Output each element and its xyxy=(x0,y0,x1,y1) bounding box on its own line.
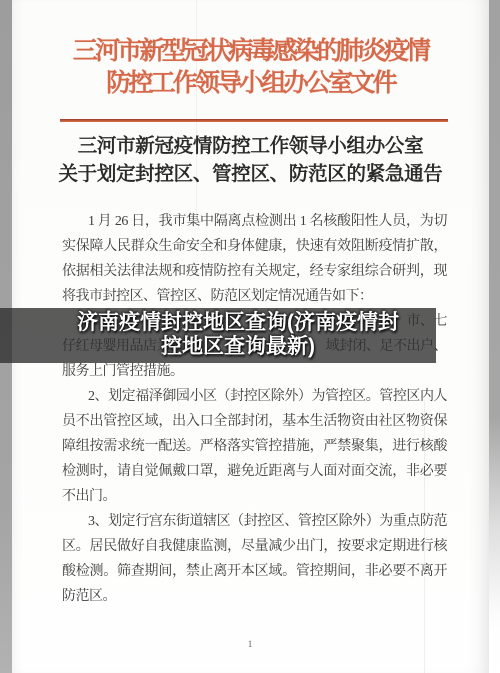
body-line: 区。居民做好自我健康监测，尽量减少出门，按要求定期进行核 xyxy=(62,534,447,559)
document-photo: 三河市新型冠状病毒感染的肺炎疫情 防控工作领导小组办公室文件 三河市新冠疫情防控… xyxy=(0,0,500,673)
photo-right-margin xyxy=(489,0,500,673)
body-line: 实保障人民群众生命安全和身体健康，快速有效阻断疫情扩散， xyxy=(62,234,447,259)
body-line: 依据相关法律法规和疫情防控有关规定，经专家组综合研判，现 xyxy=(62,259,447,284)
body-line: 不出门。 xyxy=(62,484,447,509)
letterhead-line-2: 防控工作领导小组办公室文件 xyxy=(12,68,489,100)
body-line: 酸检测。筛查期间，禁止离开本区域。管控期间，非必要不离开 xyxy=(62,559,447,584)
body-line: 3、划定行宫东街道辖区（封控区、管控区除外）为重点防范 xyxy=(62,509,447,534)
letterhead-title: 三河市新型冠状病毒感染的肺炎疫情 防控工作领导小组办公室文件 xyxy=(12,36,489,100)
document-body: 1 月 26 日，我市集中隔离点检测出 1 名核酸阳性人员，为切 实保障人民群众… xyxy=(62,209,447,609)
document-title-line-2: 关于划定封控区、管控区、防范区的紧急通告 xyxy=(12,161,489,189)
caption-text: 济南疫情封控地区查询(济南疫情封 控地区查询最新) xyxy=(0,308,436,359)
page-number: 1 xyxy=(0,639,500,649)
body-line: 检测时，请自觉佩戴口罩，避免近距离与人面对面交流，非必要 xyxy=(62,459,447,484)
body-line: 障组按需求统一配送。严格落实管控措施，严禁聚集，进行核酸 xyxy=(62,434,447,459)
caption-line-1: 济南疫情封控地区查询(济南疫情封 xyxy=(40,311,436,335)
body-line: 1 月 26 日，我市集中隔离点检测出 1 名核酸阳性人员，为切 xyxy=(62,209,447,234)
letterhead-line-1: 三河市新型冠状病毒感染的肺炎疫情 xyxy=(12,36,489,68)
body-line: 员不出管控区域，出入口全部封闭，基本生活物资由社区物资保 xyxy=(62,409,447,434)
caption-line-2: 控地区查询最新) xyxy=(40,335,436,359)
caption-overlay: 济南疫情封控地区查询(济南疫情封 控地区查询最新) xyxy=(0,308,436,363)
document-title: 三河市新冠疫情防控工作领导小组办公室 关于划定封控区、管控区、防范区的紧急通告 xyxy=(12,133,489,189)
body-line: 将我市封控区、管控区、防范区划定情况通告如下： xyxy=(62,284,447,309)
document-title-line-1: 三河市新冠疫情防控工作领导小组办公室 xyxy=(12,133,489,161)
body-line: 2、划定福泽御园小区（封控区除外）为管控区。管控区内人 xyxy=(62,384,447,409)
body-line: 防范区。 xyxy=(62,584,447,609)
letterhead-divider xyxy=(60,119,448,122)
